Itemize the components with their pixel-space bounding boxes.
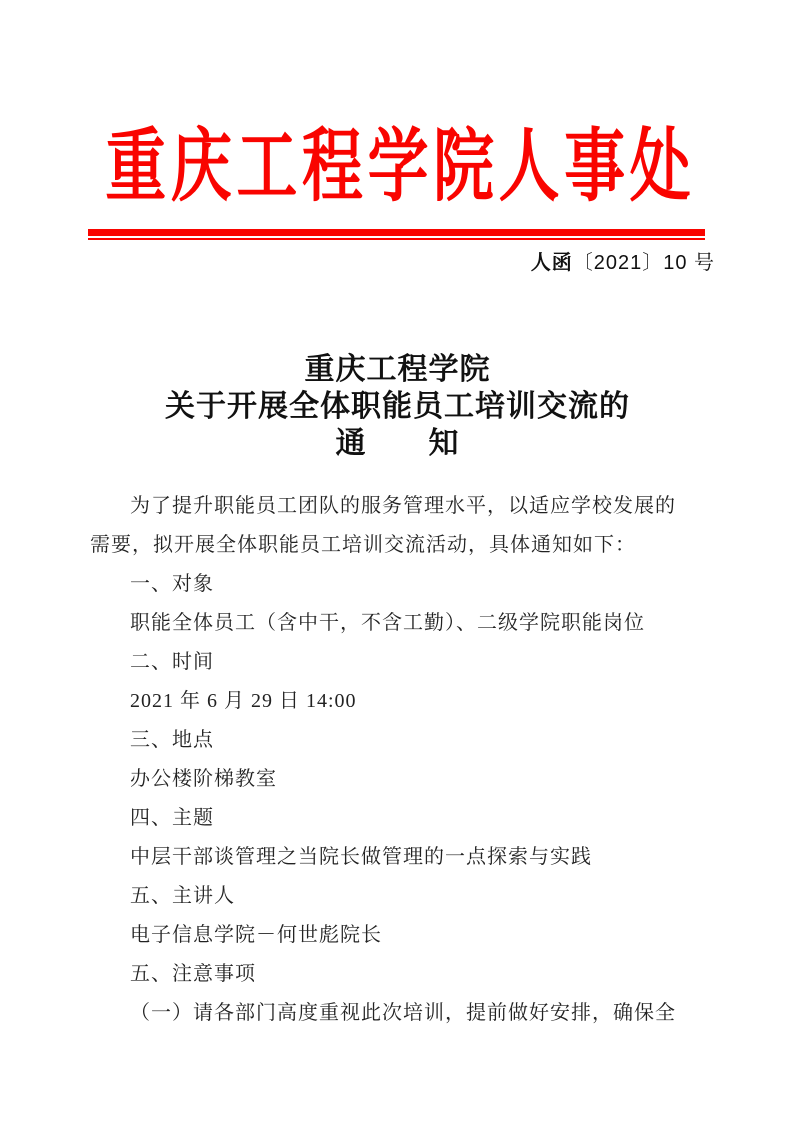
notice-title-line-1: 重庆工程学院 <box>90 351 705 388</box>
body-line: 中层干部谈管理之当院长做管理的一点探索与实践 <box>90 838 707 877</box>
notice-title-line-2: 关于开展全体职能员工培训交流的 <box>90 388 705 425</box>
body-line: （一）请各部门高度重视此次培训，提前做好安排，确保全 <box>90 994 707 1033</box>
document-number-agency: 人函 <box>531 252 573 274</box>
body-line: 五、注意事项 <box>90 955 707 994</box>
body-line: 四、主题 <box>90 799 707 838</box>
document-number-value: 〔2021〕10 号 <box>573 252 715 274</box>
notice-title: 重庆工程学院 关于开展全体职能员工培训交流的 通 知 <box>90 351 705 462</box>
body-line: 一、对象 <box>90 565 707 604</box>
body-line: 办公楼阶梯教室 <box>90 760 707 799</box>
body-line: 三、地点 <box>90 721 707 760</box>
body-line: 二、时间 <box>90 643 707 682</box>
notice-body: 为了提升职能员工团队的服务管理水平，以适应学校发展的需要，拟开展全体职能员工培训… <box>90 487 707 1033</box>
notice-document-page: 重庆工程学院人事处 人函〔2021〕10 号 重庆工程学院 关于开展全体职能员工… <box>0 0 793 1122</box>
body-line: 2021 年 6 月 29 日 14:00 <box>90 682 707 721</box>
letterhead-divider-rule <box>88 229 705 240</box>
body-line: 五、主讲人 <box>90 877 707 916</box>
letterhead-title: 重庆工程学院人事处 <box>105 128 689 207</box>
notice-title-line-3: 通 知 <box>90 425 705 462</box>
body-line: 职能全体员工（含中干，不含工勤）、二级学院职能岗位 <box>90 604 707 643</box>
body-line: 电子信息学院－何世彪院长 <box>90 916 707 955</box>
document-number: 人函〔2021〕10 号 <box>531 251 715 275</box>
body-line: 需要，拟开展全体职能员工培训交流活动，具体通知如下： <box>90 526 707 565</box>
body-line: 为了提升职能员工团队的服务管理水平，以适应学校发展的 <box>90 487 707 526</box>
